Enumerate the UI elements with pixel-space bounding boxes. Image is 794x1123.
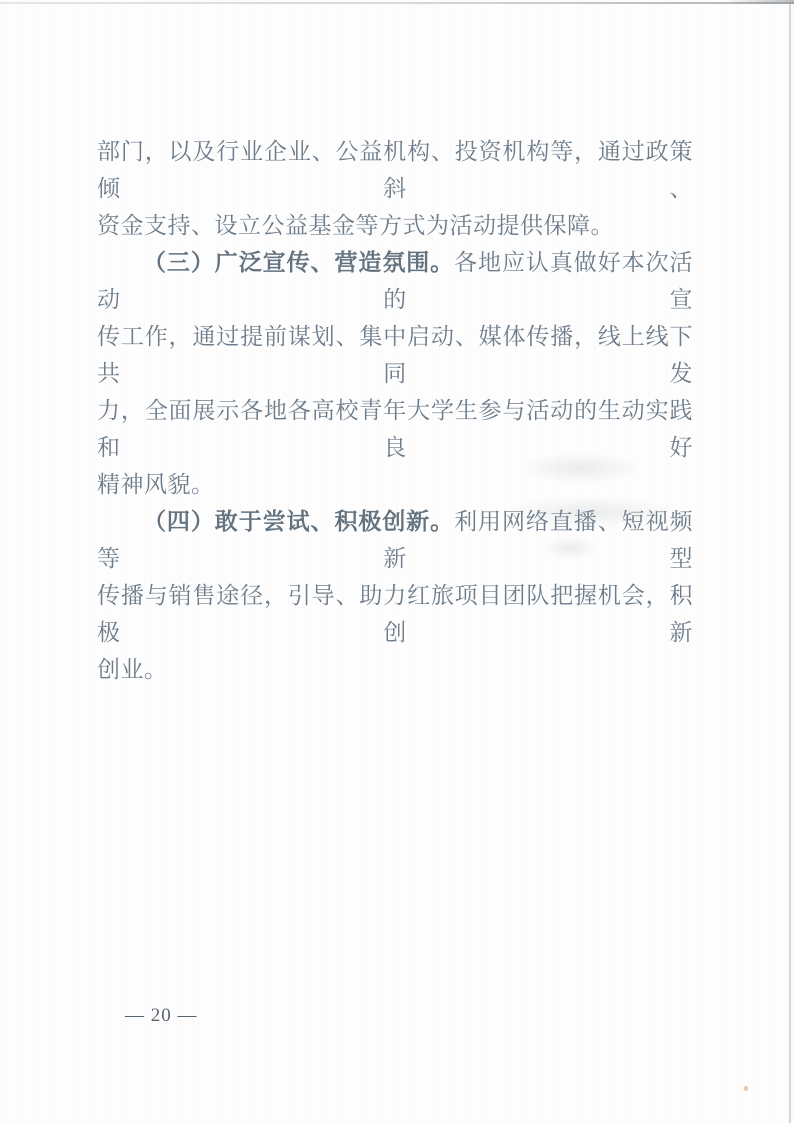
text-line: 精神风貌。 <box>97 466 693 503</box>
text-line: 资金支持、设立公益基金等方式为活动提供保障。 <box>97 207 693 244</box>
line-text: 部门，以及行业企业、公益机构、投资机构等，通过政策倾斜、 <box>97 139 693 201</box>
section-heading: （三）广泛宣传、营造氛围。 <box>143 250 454 275</box>
scan-edge-right <box>789 4 791 1123</box>
text-line: 传播与销售途径，引导、助力红旅项目团队把握机会，积极创新 <box>97 577 693 651</box>
scan-corner-mark <box>724 0 794 4</box>
document-body: 部门，以及行业企业、公益机构、投资机构等，通过政策倾斜、 资金支持、设立公益基金… <box>97 133 693 688</box>
text-line: 部门，以及行业企业、公益机构、投资机构等，通过政策倾斜、 <box>97 133 693 207</box>
scan-speck <box>744 1086 748 1091</box>
line-text: 创业。 <box>97 657 168 682</box>
line-text: 传播与销售途径，引导、助力红旅项目团队把握机会，积极创新 <box>97 583 693 645</box>
text-line: 传工作，通过提前谋划、集中启动、媒体传播，线上线下共同发 <box>97 318 693 392</box>
line-text: 资金支持、设立公益基金等方式为活动提供保障。 <box>97 213 614 238</box>
section-heading: （四）敢于尝试、积极创新。 <box>143 509 454 534</box>
line-text: 力，全面展示各地各高校青年大学生参与活动的生动实践和良好 <box>97 398 693 460</box>
text-line: （三）广泛宣传、营造氛围。各地应认真做好本次活动的宣 <box>97 244 693 318</box>
document-page: 部门，以及行业企业、公益机构、投资机构等，通过政策倾斜、 资金支持、设立公益基金… <box>0 0 794 1123</box>
text-line: （四）敢于尝试、积极创新。利用网络直播、短视频等新型 <box>97 503 693 577</box>
text-line: 力，全面展示各地各高校青年大学生参与活动的生动实践和良好 <box>97 392 693 466</box>
line-text: 传工作，通过提前谋划、集中启动、媒体传播，线上线下共同发 <box>97 324 693 386</box>
page-number: — 20 — <box>125 1003 198 1029</box>
line-text: 精神风貌。 <box>97 472 215 497</box>
scan-edge-top <box>0 2 794 4</box>
text-line: 创业。 <box>97 651 693 688</box>
